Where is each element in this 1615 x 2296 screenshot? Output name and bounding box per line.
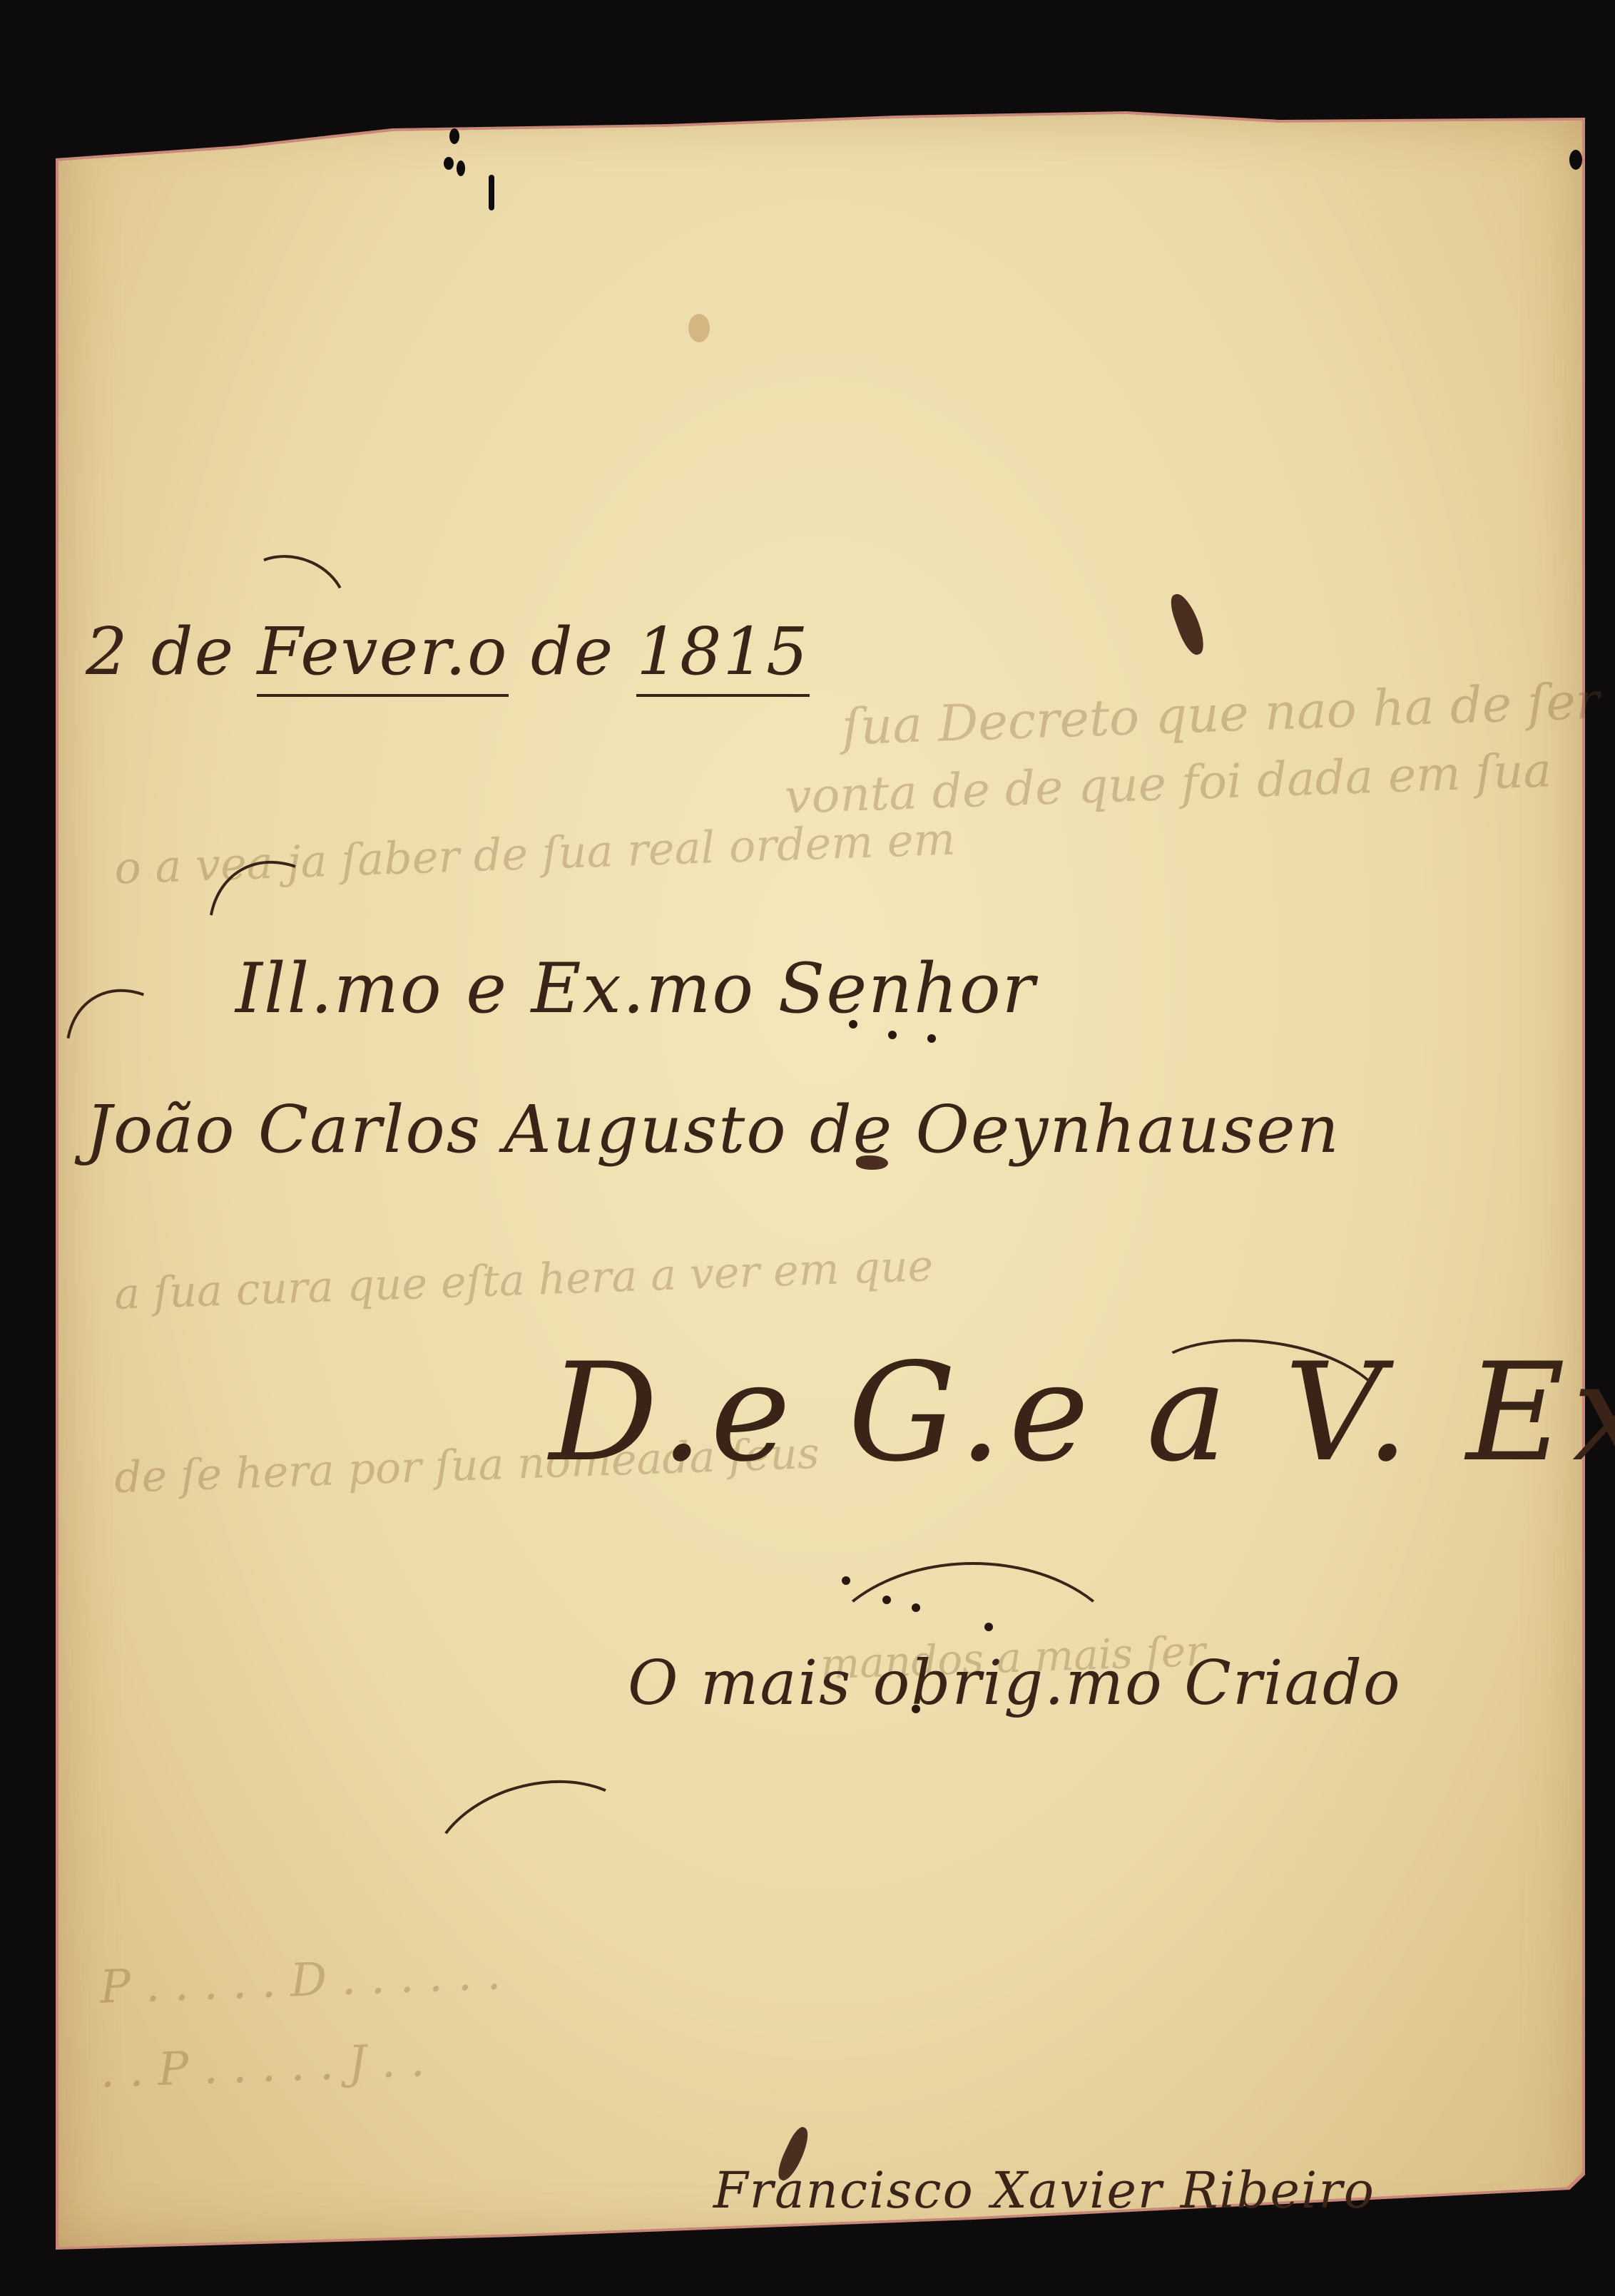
closing-arc [813, 1562, 1133, 1782]
date-connector: de [531, 613, 614, 690]
ink-blot [856, 1155, 888, 1170]
date-prefix: de [151, 613, 235, 690]
date-line: 2 de Fever.o de 1815 [86, 613, 810, 690]
paper-hole [449, 128, 459, 144]
paper-hole [489, 175, 494, 210]
formula-dgvex: D.e G.e a V. Ex.a [549, 1334, 1615, 1491]
paper-hole [1569, 150, 1582, 170]
date-day: 2 [86, 613, 129, 690]
paper-stain [688, 314, 710, 342]
date-year: 1815 [636, 613, 809, 697]
addressee: João Carlos Augusto de Oeynhausen [86, 1091, 1340, 1168]
paper-hole [444, 157, 454, 170]
signature: Francisco Xavier Ribeiro [713, 2161, 1375, 2220]
paper-hole [457, 160, 465, 176]
manuscript-page [58, 114, 1582, 2247]
